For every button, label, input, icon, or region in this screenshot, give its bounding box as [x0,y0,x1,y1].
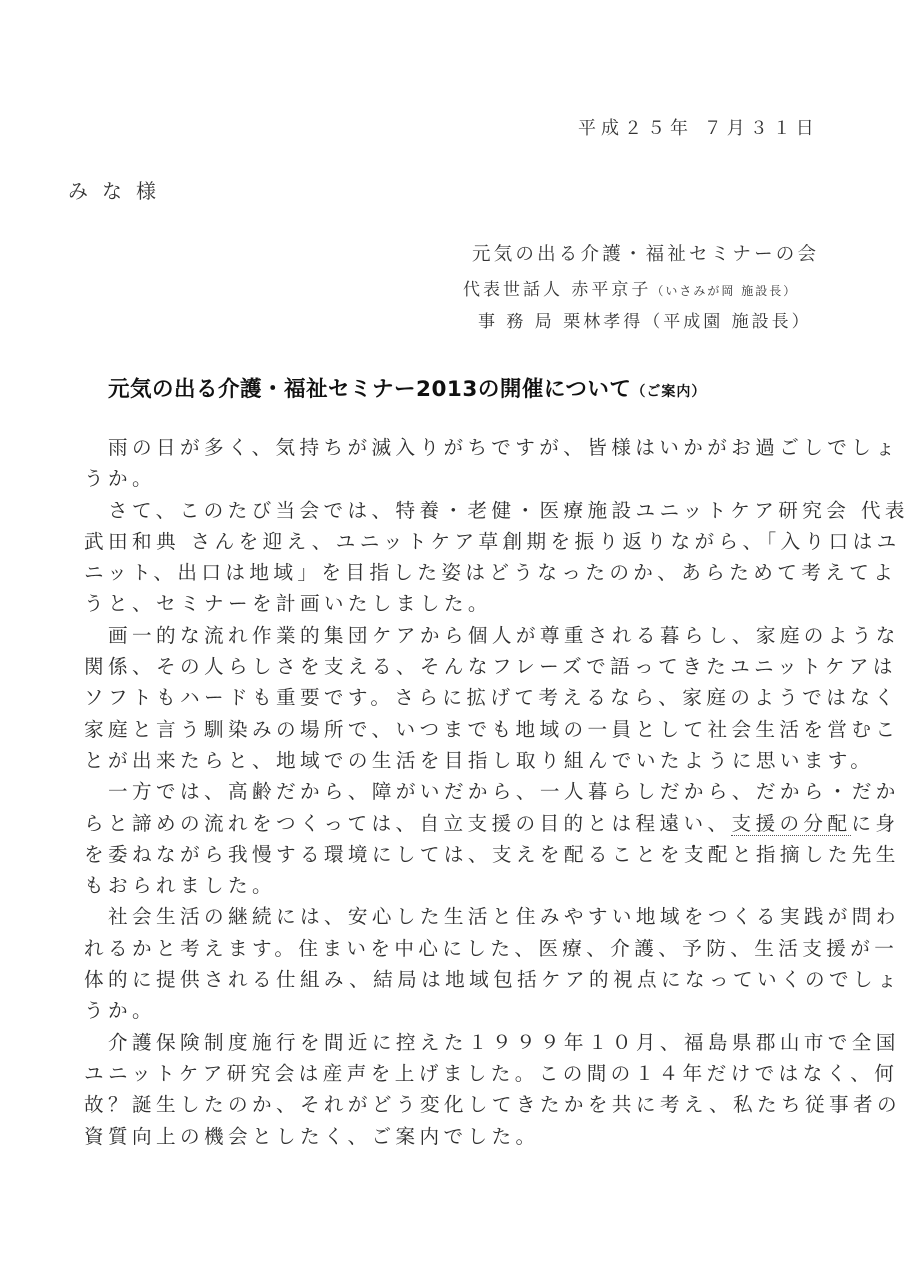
body-line: 画一的な流れ作業的集団ケアから個人が尊重される暮らし、家庭のような [84,620,814,651]
body-line: 故？誕生したのか、それがどう変化してきたかを共に考え、私たち従事者の [84,1089,814,1120]
body-line: ソフトもハードも重要です。さらに拡げて考えるなら、家庭のようではなく [84,682,814,713]
body-text: に身 [851,812,899,835]
emphasized-char: 支 [684,843,708,866]
body-line: さて、このたび当会では、特養・老健・医療施設ユニットケア研究会 代表 [84,495,814,526]
paragraph-5: 社会生活の継続には、安心した生活と住みやすい地域をつくる実践が問わ れるかと考え… [84,901,814,1026]
representative-affiliation: （いさみが岡 施設長） [651,284,797,298]
document-body: 雨の日が多く、気持ちが滅入りがちですが、皆様はいかがお過ごしでしょ うか。 さて… [84,432,814,1152]
sender-organization: 元気の出る介護・福祉セミナーの会 [472,240,819,266]
body-line: 雨の日が多く、気持ちが滅入りがちですが、皆様はいかがお過ごしでしょ [84,432,814,463]
paragraph-1: 雨の日が多く、気持ちが滅入りがちですが、皆様はいかがお過ごしでしょ うか。 [84,432,814,495]
body-line: うか。 [84,995,814,1026]
body-line: 関係、その人らしさを支える、そんなフレーズで語ってきたユニットケアは [84,651,814,682]
body-line: 介護保険制度施行を間近に控えた１９９９年１０月、福島県郡山市で全国 [84,1027,814,1058]
paragraph-6: 介護保険制度施行を間近に控えた１９９９年１０月、福島県郡山市で全国 ユニットケア… [84,1027,814,1152]
secretariat-affiliation: （平成園 施設長） [643,312,811,332]
body-line: とが出来たらと、地域での生活を目指し取り組んでいたように思います。 [84,745,814,776]
paragraph-2: さて、このたび当会では、特養・老健・医療施設ユニットケア研究会 代表 武田和典 … [84,495,814,620]
representative-title: 代表世話人 [463,280,563,300]
body-text: を委ねながら我慢する環境にしては、支えを配ることを [84,843,684,866]
body-line: 武田和典 さんを迎え、ユニットケア草創期を振り返りながら、「入り口はユ [84,526,814,557]
body-line: ユニットケア研究会は産声を上げました。この間の１４年だけではなく、何 [84,1058,814,1089]
body-line: うか。 [84,463,814,494]
document-date: 平成２５年 ７月３１日 [578,114,819,140]
body-line: を委ねながら我慢する環境にしては、支えを配ることを支配と指摘した先生 [84,839,814,870]
body-text: と指摘した先生 [732,843,900,866]
body-line: 一方では、高齢だから、障がいだから、一人暮らしだから、だから・だか [84,776,814,807]
representative-name: 赤平京子 [571,280,651,300]
secretariat-title: 事 務 局 [478,312,555,332]
title-suffix: （ご案内） [631,384,706,400]
body-line: 社会生活の継続には、安心した生活と住みやすい地域をつくる実践が問わ [84,901,814,932]
secretariat-name: 栗林孝得 [563,312,643,332]
body-line: ニット、出口は地域」を目指した姿はどうなったのか、あらためて考えてよ [84,557,814,588]
underlined-phrase: 支援の分配 [731,812,851,836]
body-text: らと諦めの流れをつくっては、自立支援の目的とは程遠い、 [84,812,731,835]
body-line: うと、セミナーを計画いたしました。 [84,588,814,619]
sender-secretariat: 事 務 局 栗林孝得（平成園 施設長） [478,307,812,332]
title-main: 元気の出る介護・福祉セミナー2013の開催について [108,377,631,402]
document-title: 元気の出る介護・福祉セミナー2013の開催について（ご案内） [108,372,706,403]
body-line: れるかと考えます。住まいを中心にした、医療、介護、予防、生活支援が一 [84,933,814,964]
salutation: みな様 [68,175,170,204]
body-line: 体的に提供される仕組み、結局は地域包括ケア的視点になっていくのでしょ [84,964,814,995]
emphasized-char: 配 [708,843,732,866]
paragraph-3: 画一的な流れ作業的集団ケアから個人が尊重される暮らし、家庭のような 関係、その人… [84,620,814,776]
paragraph-4: 一方では、高齢だから、障がいだから、一人暮らしだから、だから・だか らと諦めの流… [84,776,814,901]
body-line: 家庭と言う馴染みの場所で、いつまでも地域の一員として社会生活を営むこ [84,714,814,745]
body-line: もおられました。 [84,870,814,901]
body-line: らと諦めの流れをつくっては、自立支援の目的とは程遠い、支援の分配に身 [84,808,814,839]
body-line: 資質向上の機会としたく、ご案内でした。 [84,1121,814,1152]
sender-representative: 代表世話人 赤平京子（いさみが岡 施設長） [463,275,797,300]
